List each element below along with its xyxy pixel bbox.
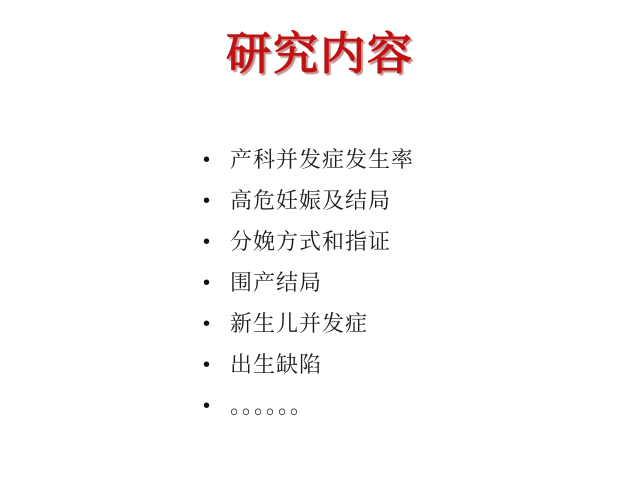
list-item-text: 出生缺陷 [230, 351, 322, 379]
list-item: • 分娩方式和指证 [203, 228, 414, 256]
bullet-icon: • [203, 392, 230, 420]
list-item: • 高危妊娠及结局 [203, 187, 414, 215]
bullet-icon: • [203, 187, 230, 215]
list-item-text: 新生儿并发症 [230, 310, 368, 338]
presentation-slide: 研究内容 • 产科并发症发生率 • 高危妊娠及结局 • 分娩方式和指证 • 围产… [0, 0, 640, 480]
slide-title: 研究内容 [0, 26, 640, 82]
list-item: • 。。。。。。 [203, 392, 414, 420]
list-item-text: 产科并发症发生率 [230, 146, 414, 174]
bullet-icon: • [203, 146, 230, 174]
bullet-list: • 产科并发症发生率 • 高危妊娠及结局 • 分娩方式和指证 • 围产结局 • … [203, 146, 414, 433]
bullet-icon: • [203, 269, 230, 297]
bullet-icon: • [203, 228, 230, 256]
list-item: • 新生儿并发症 [203, 310, 414, 338]
list-item-text: 分娩方式和指证 [230, 228, 391, 256]
list-item: • 出生缺陷 [203, 351, 414, 379]
list-item-text: 。。。。。。 [230, 392, 313, 420]
list-item-text: 高危妊娠及结局 [230, 187, 391, 215]
bullet-icon: • [203, 310, 230, 338]
list-item-text: 围产结局 [230, 269, 322, 297]
list-item: • 围产结局 [203, 269, 414, 297]
list-item: • 产科并发症发生率 [203, 146, 414, 174]
bullet-icon: • [203, 351, 230, 379]
